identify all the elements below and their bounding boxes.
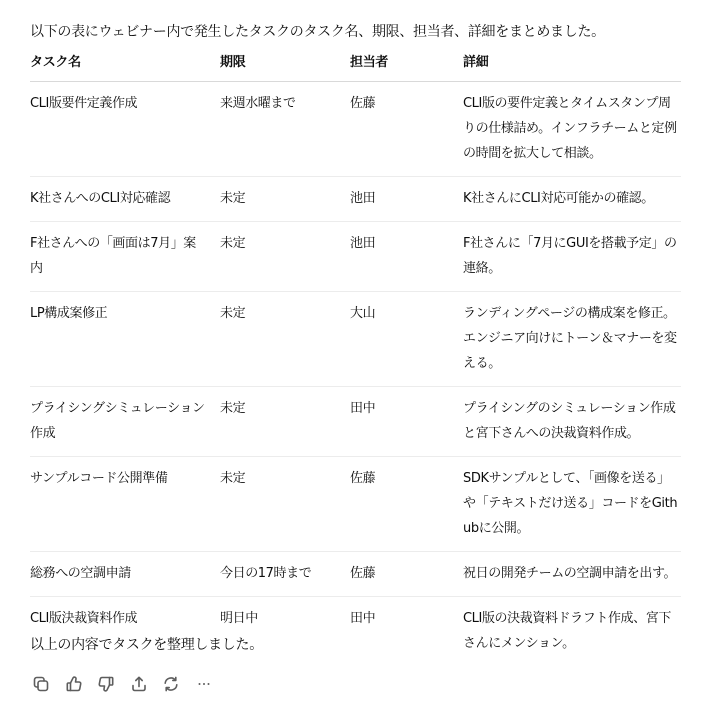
cell-details: K社さんにCLI対応可能かの確認。 (463, 177, 681, 222)
copy-button[interactable] (30, 673, 52, 695)
cell-assignee: 大山 (350, 292, 463, 387)
cell-details: F社さんに「7月にGUIを搭載予定」の連絡。 (463, 222, 681, 292)
thumbs-up-button[interactable] (63, 673, 85, 695)
header-details: 詳細 (463, 52, 681, 82)
cell-task-name: LP構成案修正 (30, 292, 220, 387)
cell-deadline: 今日の17時まで (220, 552, 350, 597)
cell-task-name: F社さんへの「画面は7月」案内 (30, 222, 220, 292)
more-icon (195, 675, 213, 693)
more-button[interactable] (193, 673, 215, 695)
cell-task-name: K社さんへのCLI対応確認 (30, 177, 220, 222)
table-header-row: タスク名 期限 担当者 詳細 (30, 52, 681, 82)
cell-deadline: 未定 (220, 387, 350, 457)
share-icon (130, 675, 148, 693)
table-row: LP構成案修正 未定 大山 ランディングページの構成案を修正。エンジニア向けにト… (30, 292, 681, 387)
table-row: サンプルコード公開準備 未定 佐藤 SDKサンプルとして、「画像を送る」や「テキ… (30, 457, 681, 552)
share-button[interactable] (128, 673, 150, 695)
cell-deadline: 未定 (220, 222, 350, 292)
task-table: タスク名 期限 担当者 詳細 CLI版要件定義作成 来週水曜まで 佐藤 CLI版… (30, 52, 681, 666)
header-deadline: 期限 (220, 52, 350, 82)
header-task-name: タスク名 (30, 52, 220, 82)
message-actions (30, 673, 225, 695)
cell-assignee: 佐藤 (350, 82, 463, 177)
cell-details: CLI版の決裁資料ドラフト作成、宮下さんにメンション。 (463, 597, 681, 667)
cell-details: 祝日の開発チームの空調申請を出す。 (463, 552, 681, 597)
header-assignee: 担当者 (350, 52, 463, 82)
cell-assignee: 田中 (350, 387, 463, 457)
cell-details: CLI版の要件定義とタイムスタンプ周りの仕様詰め。インフラチームと定例の時間を拡… (463, 82, 681, 177)
cell-details: ランディングページの構成案を修正。エンジニア向けにトーン＆マナーを変える。 (463, 292, 681, 387)
cell-assignee: 佐藤 (350, 552, 463, 597)
table-row: F社さんへの「画面は7月」案内 未定 池田 F社さんに「7月にGUIを搭載予定」… (30, 222, 681, 292)
cell-assignee: 佐藤 (350, 457, 463, 552)
copy-icon (32, 675, 50, 693)
thumbs-up-icon (65, 675, 83, 693)
thumbs-down-icon (97, 675, 115, 693)
table-row: プライシングシミュレーション作成 未定 田中 プライシングのシミュレーション作成… (30, 387, 681, 457)
cell-details: プライシングのシミュレーション作成と宮下さんへの決裁資料作成。 (463, 387, 681, 457)
cell-deadline: 未定 (220, 457, 350, 552)
cell-assignee: 池田 (350, 177, 463, 222)
cell-details: SDKサンプルとして、「画像を送る」や「テキストだけ送る」コードをGithubに… (463, 457, 681, 552)
cell-deadline: 未定 (220, 292, 350, 387)
outro-text: 以上の内容でタスクを整理しました。 (30, 634, 263, 656)
cell-assignee: 田中 (350, 597, 463, 667)
table-row: CLI版要件定義作成 来週水曜まで 佐藤 CLI版の要件定義とタイムスタンプ周り… (30, 82, 681, 177)
table-row: 総務への空調申請 今日の17時まで 佐藤 祝日の開発チームの空調申請を出す。 (30, 552, 681, 597)
intro-text: 以下の表にウェビナー内で発生したタスクのタスク名、期限、担当者、詳細をまとめまし… (30, 21, 605, 43)
cell-task-name: サンプルコード公開準備 (30, 457, 220, 552)
cell-task-name: 総務への空調申請 (30, 552, 220, 597)
cell-task-name: プライシングシミュレーション作成 (30, 387, 220, 457)
cell-assignee: 池田 (350, 222, 463, 292)
regenerate-button[interactable] (160, 673, 182, 695)
cell-deadline: 未定 (220, 177, 350, 222)
regenerate-icon (162, 675, 180, 693)
table-row: K社さんへのCLI対応確認 未定 池田 K社さんにCLI対応可能かの確認。 (30, 177, 681, 222)
cell-task-name: CLI版要件定義作成 (30, 82, 220, 177)
thumbs-down-button[interactable] (95, 673, 117, 695)
cell-deadline: 来週水曜まで (220, 82, 350, 177)
